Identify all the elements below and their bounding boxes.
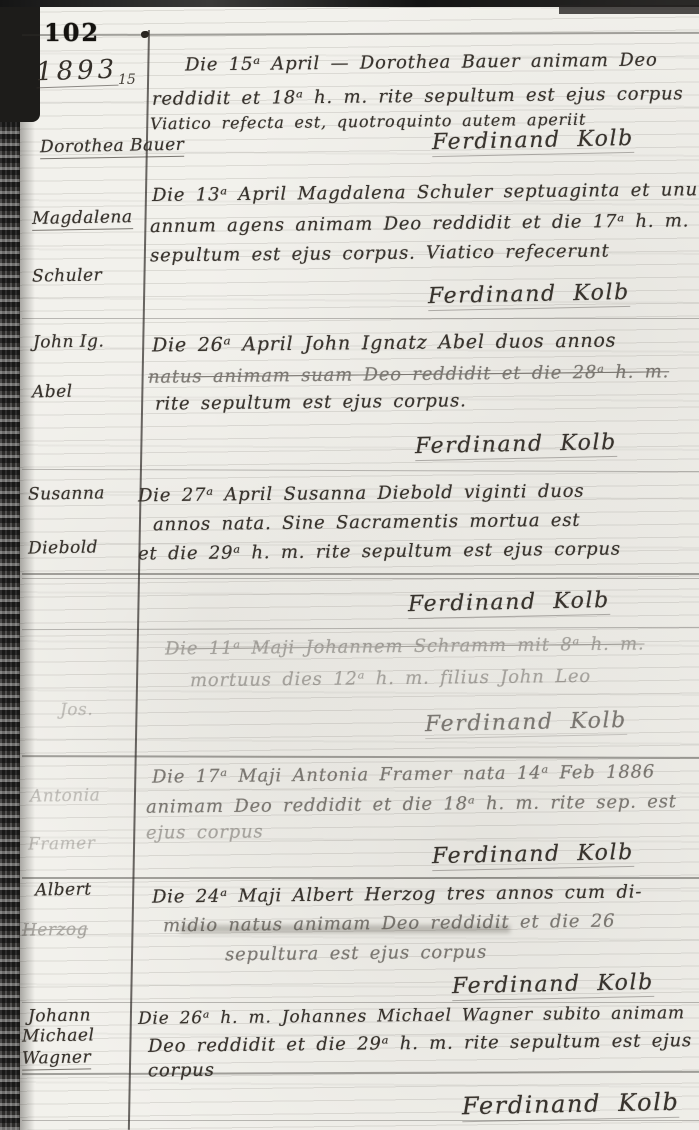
margin-name: Antonia bbox=[30, 785, 101, 806]
entry-text-line: Die 26ᵃ April John Ignatz Abel duos anno… bbox=[152, 330, 616, 357]
margin-name: Susanna bbox=[28, 483, 105, 504]
ruled-line bbox=[22, 877, 699, 879]
entry-text-line: Die 24ᵃ Maji Albert Herzog tres annos cu… bbox=[152, 881, 642, 907]
entry-text-line: annos nata. Sine Sacramentis mortua est bbox=[153, 510, 581, 535]
film-edge-strip bbox=[0, 0, 20, 1130]
ruled-line bbox=[22, 755, 699, 759]
entry-text-line: Die 11ᵃ Maji Johannem Schramm mit 8ᵃ h. … bbox=[165, 633, 645, 659]
margin-name: Framer bbox=[28, 833, 96, 854]
entry-text-line: Die 26ᵃ h. m. Johannes Michael Wagner su… bbox=[138, 1003, 685, 1029]
entry-text-line: sepultura est ejus corpus bbox=[225, 942, 487, 966]
ruled-line bbox=[22, 1071, 699, 1075]
page-number: 102 bbox=[44, 18, 100, 47]
entry-text-line: et die 29ᵃ h. m. rite sepultum est ejus … bbox=[138, 538, 621, 564]
scan-top-right-smudge bbox=[559, 5, 699, 14]
margin-name: Abel bbox=[32, 382, 73, 403]
priest-signature: Ferdinand Kolb bbox=[462, 1088, 680, 1123]
ruled-line bbox=[22, 578, 699, 579]
entry-text-line: natus animam suam Deo reddidit et die 28… bbox=[148, 361, 669, 387]
scan-corner-black-block bbox=[0, 0, 40, 122]
year-margin-note: 15 bbox=[118, 72, 136, 88]
page-edge-shadow bbox=[19, 0, 35, 1130]
ruled-line bbox=[22, 1002, 699, 1003]
entry-text-line: Deo reddidit et die 29ᵃ h. m. rite sepul… bbox=[148, 1030, 692, 1057]
ruled-line bbox=[22, 318, 699, 319]
year-label: 1893 bbox=[35, 55, 118, 89]
ruled-line bbox=[22, 32, 699, 36]
entry-text-line: Die 15ᵃ April — Dorothea Bauer animam De… bbox=[185, 50, 658, 76]
margin-name: John Ig. bbox=[33, 331, 105, 352]
priest-signature: Ferdinand Kolb bbox=[428, 280, 630, 311]
entry-text-line: ejus corpus bbox=[146, 821, 264, 843]
margin-name: Schuler bbox=[32, 265, 103, 286]
ruled-line bbox=[22, 627, 699, 630]
entry-text-line: annum agens animam Deo reddidit et die 1… bbox=[150, 210, 699, 237]
scanned-register-page: 102 1893 15 Die 15ᵃ April — Dorothea Bau… bbox=[0, 0, 699, 1130]
margin-column-rule bbox=[128, 30, 150, 1130]
margin-name: Wagner bbox=[22, 1047, 92, 1070]
entry-text-line: rite sepultum est ejus corpus. bbox=[155, 390, 467, 414]
priest-signature: Ferdinand Kolb bbox=[425, 708, 627, 739]
margin-name: Albert bbox=[35, 880, 92, 901]
priest-signature: Ferdinand Kolb bbox=[408, 588, 610, 619]
entry-text-line: sepultum est ejus corpus. Viatico refece… bbox=[150, 241, 610, 267]
margin-name: Diebold bbox=[28, 537, 98, 558]
ruled-line bbox=[22, 469, 699, 472]
priest-signature: Ferdinand Kolb bbox=[432, 840, 634, 871]
margin-name: Dorothea Bauer bbox=[40, 135, 185, 160]
entry-text-line: Die 17ᵃ Maji Antonia Framer nata 14ᵃ Feb… bbox=[152, 761, 655, 787]
priest-signature: Ferdinand Kolb bbox=[415, 430, 617, 461]
ruled-line bbox=[22, 573, 699, 575]
priest-signature: Ferdinand Kolb bbox=[452, 970, 654, 1001]
entry-text-line: reddidit et 18ᵃ h. m. rite sepultum est … bbox=[152, 83, 684, 110]
margin-name: Magdalena bbox=[32, 207, 133, 231]
ink-smear bbox=[180, 925, 510, 933]
priest-signature: Ferdinand Kolb bbox=[432, 126, 634, 157]
ruled-line bbox=[22, 1120, 699, 1121]
margin-name: Johann bbox=[28, 1005, 91, 1026]
margin-name: Jos. bbox=[60, 700, 94, 721]
entry-text-line: mortuus dies 12ᵃ h. m. filius John Leo bbox=[190, 666, 591, 691]
entry-text-line: animam Deo reddidit et die 18ᵃ h. m. rit… bbox=[146, 791, 677, 818]
margin-name: Herzog bbox=[22, 919, 88, 940]
entry-text-line: Die 13ᵃ April Magdalena Schuler septuagi… bbox=[152, 179, 699, 206]
entry-text-line: corpus bbox=[148, 1060, 215, 1082]
entry-text-line: Die 27ᵃ April Susanna Diebold viginti du… bbox=[138, 481, 585, 507]
margin-name: Michael bbox=[22, 1025, 95, 1046]
